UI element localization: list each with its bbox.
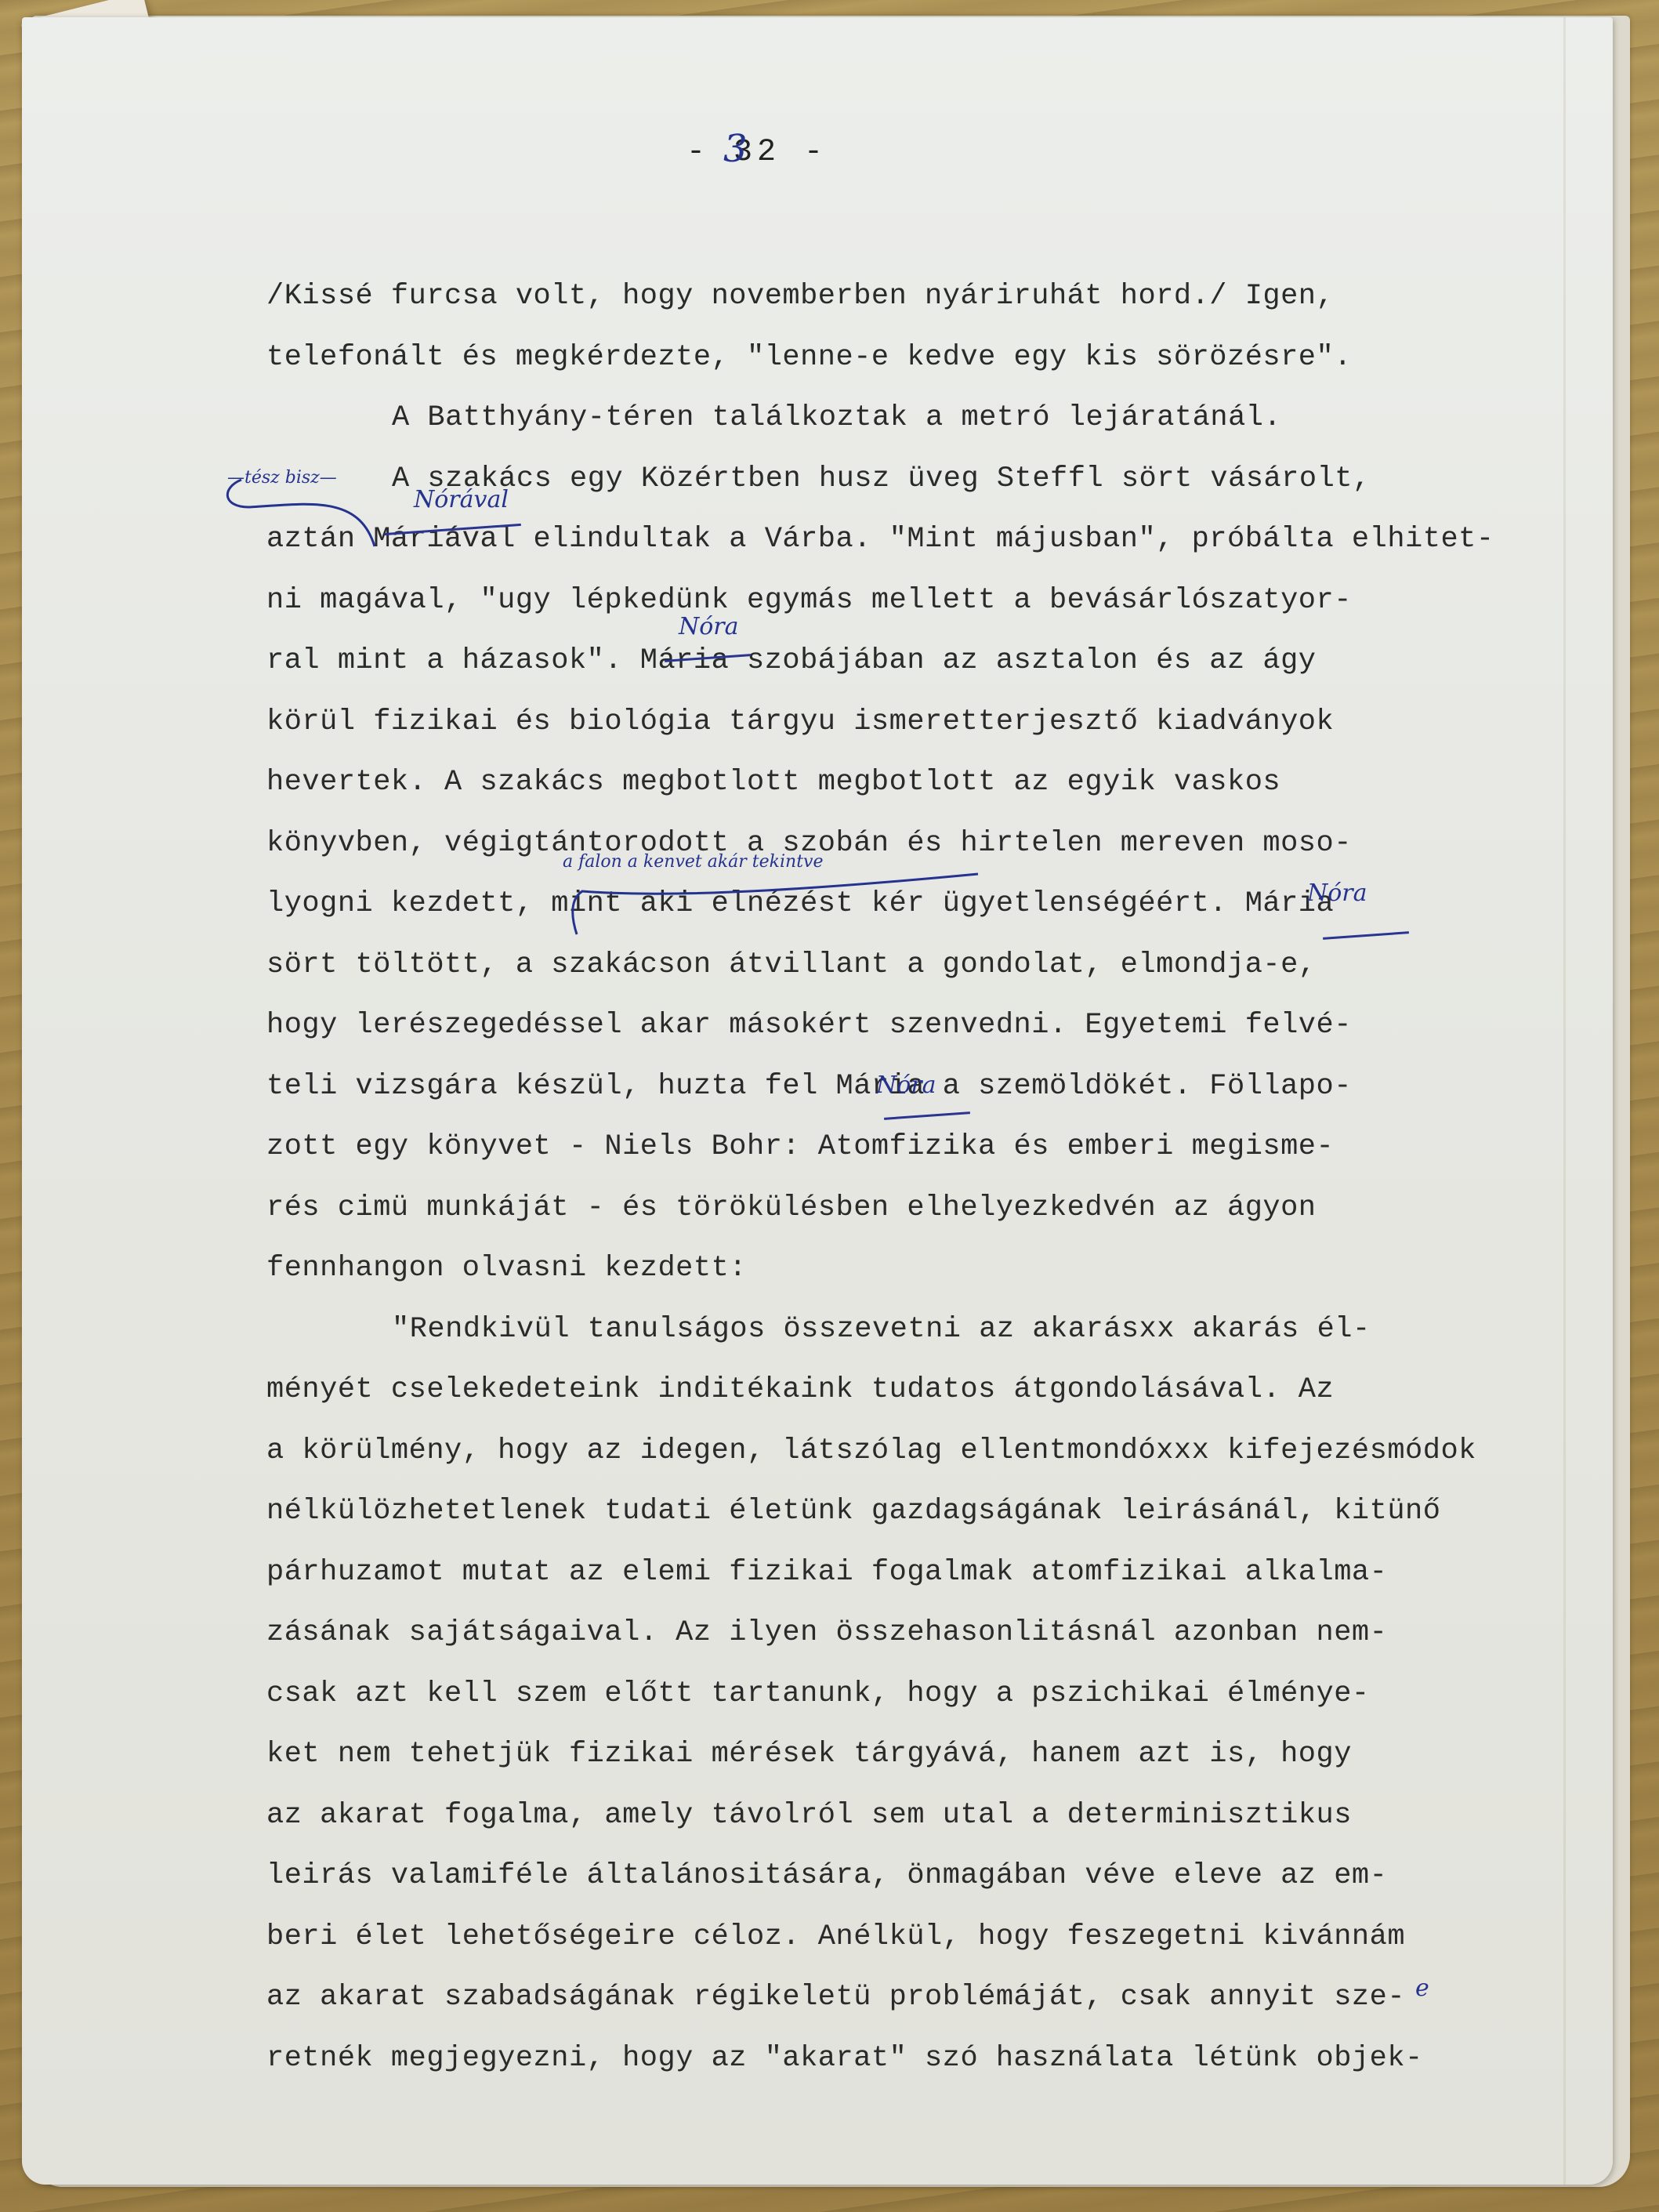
typed-line: leirás valamiféle általánositására, önma… bbox=[266, 1846, 1614, 1907]
annotation-nora-1: Nórával bbox=[414, 486, 509, 513]
typed-line: zott egy könyvet - Niels Bohr: Atomfizik… bbox=[266, 1117, 1614, 1178]
typed-line: ket nem tehetjük fizikai mérések tárgyáv… bbox=[266, 1724, 1614, 1786]
typed-line: ni magával, "ugy lépkedünk egymás mellet… bbox=[266, 571, 1614, 632]
typed-line: nélkülözhetetlenek tudati életünk gazdag… bbox=[266, 1481, 1614, 1543]
typed-line: ral mint a házasok". Mária szobájában az… bbox=[266, 631, 1614, 692]
annotation-nora-4: Nóra bbox=[876, 1072, 936, 1099]
typed-line: teli vizsgára készül, huzta fel Mária a … bbox=[266, 1057, 1614, 1118]
typescript-body: /Kissé furcsa volt, hogy novemberben nyá… bbox=[266, 267, 1614, 2089]
typed-line: az akarat szabadságának régikeletü probl… bbox=[266, 1967, 1614, 2029]
typed-line: fennhangon olvasni kezdett: bbox=[266, 1238, 1614, 1300]
annotation-nora-2: Nóra bbox=[679, 613, 739, 640]
typed-line: A Batthyány-téren találkoztak a metró le… bbox=[266, 388, 1614, 449]
typed-line: sört töltött, a szakácson átvillant a go… bbox=[266, 935, 1614, 996]
typed-line: a körülmény, hogy az idegen, látszólag e… bbox=[266, 1421, 1614, 1482]
margin-bracket-icon bbox=[218, 472, 406, 558]
typed-line: "Rendkivül tanulságos összevetni az akar… bbox=[266, 1300, 1614, 1361]
typed-line: az akarat fogalma, amely távolról sem ut… bbox=[266, 1786, 1614, 1847]
typed-line: hevertek. A szakács megbotlott megbotlot… bbox=[266, 752, 1614, 814]
annotation-nora-3: Nóra bbox=[1307, 879, 1367, 907]
page-number-typed: - 32 - bbox=[686, 135, 828, 170]
typescript-page: - 32 - 3 /Kissé furcsa volt, hogy novemb… bbox=[22, 17, 1613, 2185]
annotation-e: e bbox=[1415, 1974, 1429, 2002]
page-number-correction: 3 bbox=[723, 127, 748, 171]
typed-line: aztán Máriával elindultak a Várba. "Mint… bbox=[266, 509, 1614, 571]
typed-line: telefonált és megkérdezte, "lenne-e kedv… bbox=[266, 328, 1614, 389]
typed-line: ményét cselekedeteink inditékaink tudato… bbox=[266, 1360, 1614, 1421]
page-number: - 32 - bbox=[686, 135, 828, 170]
typed-line: /Kissé furcsa volt, hogy novemberben nyá… bbox=[266, 267, 1614, 328]
typed-line: hogy lerészegedéssel akar másokért szenv… bbox=[266, 995, 1614, 1057]
typed-line: párhuzamot mutat az elemi fizikai fogalm… bbox=[266, 1543, 1614, 1604]
typed-line: rés cimü munkáját - és törökülésben elhe… bbox=[266, 1178, 1614, 1239]
typed-line: beri élet lehetőségeire céloz. Anélkül, … bbox=[266, 1907, 1614, 1968]
typed-line: körül fizikai és biológia tárgyu ismeret… bbox=[266, 692, 1614, 753]
typed-line: retnék megjegyezni, hogy az "akarat" szó… bbox=[266, 2029, 1614, 2090]
typed-line: zásának sajátságaival. Az ilyen összehas… bbox=[266, 1603, 1614, 1664]
typed-line: csak azt kell szem előtt tartanunk, hogy… bbox=[266, 1664, 1614, 1725]
typed-line: könyvben, végigtántorodott a szobán és h… bbox=[266, 814, 1614, 875]
insert-bracket-icon bbox=[563, 868, 1002, 938]
